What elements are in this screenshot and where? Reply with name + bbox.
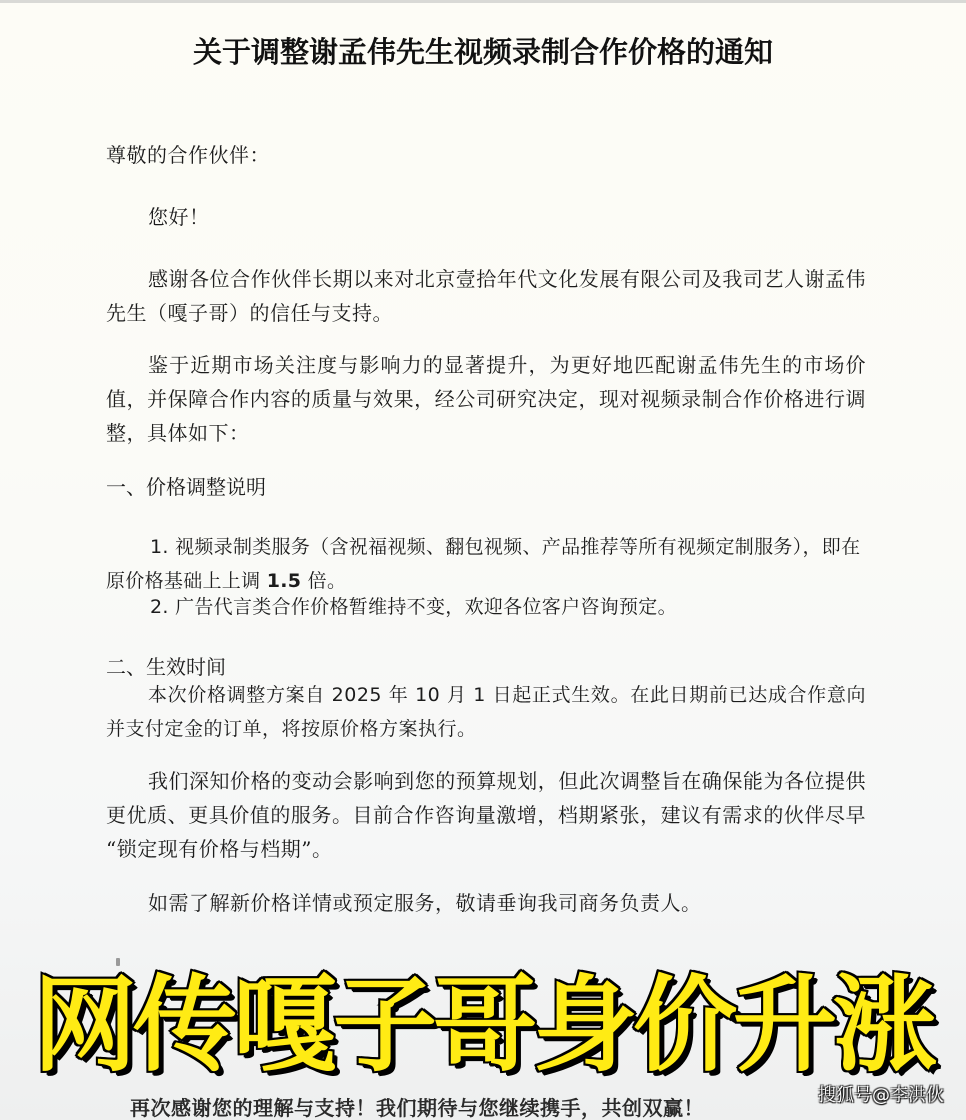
section-heading-price-adjustment: 一、价格调整说明 (106, 470, 266, 504)
decision-paragraph: 鉴于近期市场关注度与影响力的显著提升，为更好地匹配谢孟伟先生的市场价值，并保障合… (106, 348, 866, 450)
document-title: 关于调整谢孟伟先生视频录制合作价格的通知 (0, 30, 966, 71)
salutation: 尊敬的合作伙伴： (106, 138, 866, 172)
list-item-video-services: 1. 视频录制类服务（含祝福视频、翻包视频、产品推荐等所有视频定制服务），即在原… (106, 530, 866, 598)
budget-paragraph: 我们深知价格的变动会影响到您的预算规划，但此次调整旨在确保能为各位提供更优质、更… (106, 764, 866, 866)
list-item-text: 1. 视频录制类服务（含祝福视频、翻包视频、产品推荐等所有视频定制服务），即在原… (106, 536, 860, 592)
list-item-text-end: 倍。 (301, 570, 346, 592)
contact-paragraph: 如需了解新价格详情或预定服务，敬请垂询我司商务负责人。 (106, 886, 866, 920)
page-top-edge (0, 0, 966, 3)
overlay-caption: 网传嘎子哥身价升涨 (30, 965, 936, 1085)
source-watermark: 搜狐号@李洪伙 (818, 1081, 944, 1107)
closing-line: 再次感谢您的理解与支持！我们期待与您继续携手，共创双赢！ (130, 1092, 704, 1120)
multiplier-value: 1.5 (267, 570, 302, 592)
effective-date-paragraph: 本次价格调整方案自 2025 年 10 月 1 日起正式生效。在此日期前已达成合… (106, 678, 866, 746)
greeting: 您好！ (106, 200, 866, 234)
list-item-advertising: 2. 广告代言类合作价格暂维持不变，欢迎各位客户咨询预定。 (106, 590, 866, 624)
intro-paragraph: 感谢各位合作伙伴长期以来对北京壹拾年代文化发展有限公司及我司艺人谢孟伟先生（嘎子… (106, 262, 866, 330)
